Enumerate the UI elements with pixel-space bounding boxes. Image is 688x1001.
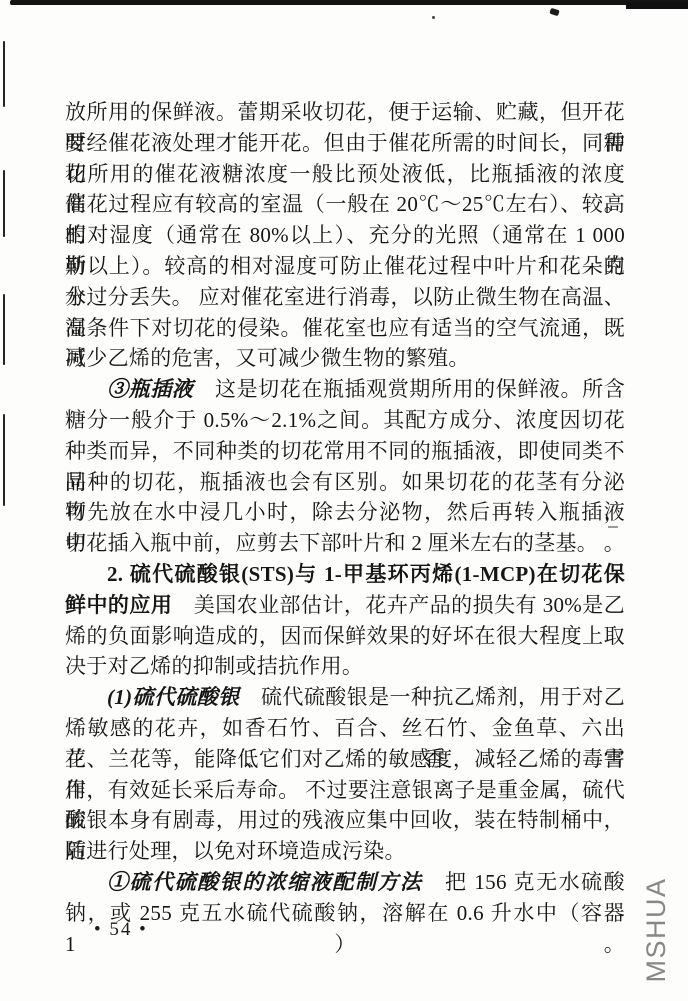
text-line: 湿条件下对切花的侵染。催花室也应有适当的空气流通，既可 xyxy=(65,313,625,344)
text-segment: 这是切花在瓶插观赏期所用的保鲜液。所含 xyxy=(193,377,625,401)
text-line: 2. 硫代硫酸银(STS)与 1-甲基环丙烯(1-MCP)在切花保 xyxy=(65,559,625,590)
text-line: 花所用的催花液糖浓度一般比预处液低，比瓶插液的浓度高。 xyxy=(65,159,625,190)
text-segment: ③瓶插液 xyxy=(107,377,193,401)
text-segment: ①硫代硫酸银的浓缩液配制方法 xyxy=(107,870,423,894)
ink-speck-blob xyxy=(549,8,559,16)
text-segment: 钠，或 255 克五水硫代硫酸钠，溶解在 0.6 升水中（容器 1）。 xyxy=(65,901,625,956)
text-line: 减少乙烯的危害，又可减少微生物的繁殖。 xyxy=(65,343,625,374)
text-segment: 减少乙烯的危害，又可减少微生物的繁殖。 xyxy=(65,346,470,370)
text-line: (1)硫代硫酸银 硫代硫酸银是一种抗乙烯剂，用于对乙 xyxy=(65,682,625,713)
text-line: 决于对乙烯的抑制或拮抗作用。 xyxy=(65,651,625,682)
text-line: 用，有效延长采后寿命。 不过要注意银离子是重金属，硫代硫 xyxy=(65,775,625,806)
page-number: • 54 • xyxy=(94,919,148,941)
text-segment: (1)硫代硫酸银 xyxy=(107,685,240,709)
top-edge-scan-line xyxy=(10,0,688,5)
mshua-watermark: MSHUA xyxy=(641,860,671,1000)
text-segment: 决于对乙烯的抑制或拮抗作用。 xyxy=(65,654,363,678)
text-line: 后进行处理，以免对环境造成污染。 xyxy=(65,836,625,867)
text-segment: 硫代硫酸银是一种抗乙烯剂，用于对乙 xyxy=(240,685,625,709)
text-line: 种类而异，不同种类的切花常用不同的瓶插液，即使同类不同 xyxy=(65,436,625,467)
text-line: ③瓶插液 这是切花在瓶插观赏期所用的保鲜液。所含 xyxy=(65,374,625,405)
text-line: 催花过程应有较高的室温（一般在 20℃～25℃左右）、较高的 xyxy=(65,189,625,220)
text-segment: 烯的负面影响造成的，因而保鲜效果的好坏在很大程度上取 xyxy=(65,624,625,648)
left-edge-scan-line-segment-1 xyxy=(3,41,5,107)
text-line: 品种的切花，瓶插液也会有区别。如果切花的花茎有分泌物， xyxy=(65,467,625,498)
text-line: 要经催花液处理才能开花。但由于催花所需的时间长，同种切 xyxy=(65,128,625,159)
text-line: 糖分一般介于 0.5%～2.1%之间。其配方成分、浓度因切花 xyxy=(65,405,625,436)
left-edge-scan-line-segment-4 xyxy=(3,414,5,506)
left-edge-scan-line-segment-3 xyxy=(3,294,5,365)
text-segment: 2. 硫代硫酸银(STS)与 1-甲基环丙烯(1-MCP)在切花保 xyxy=(107,562,625,586)
scanned-book-page: 放所用的保鲜液。蕾期采收切花，便于运输、贮藏，但开花时需要经催花液处理才能开花。… xyxy=(0,0,688,1001)
text-line: 放所用的保鲜液。蕾期采收切花，便于运输、贮藏，但开花时需 xyxy=(65,97,625,128)
text-line: 酸银本身有剧毒，用过的残液应集中回收，装在特制桶中，随 xyxy=(65,805,625,836)
text-line: 斯以上）。较高的相对湿度可防止催花过程中叶片和花朵的水 xyxy=(65,251,625,282)
text-line: 分过分丢失。 应对催花室进行消毒，以防止微生物在高温、高 xyxy=(65,282,625,313)
top-edge-scan-line-thick-end xyxy=(626,2,688,9)
text-segment: 美国农业部估计，花卉产品的损失有 30%是乙 xyxy=(172,593,625,617)
text-segment: 糖分一般介于 0.5%～2.1%之间。其配方成分、浓度因切花 xyxy=(65,408,625,432)
text-line: 切花插入瓶中前，应剪去下部叶片和 2 厘米左右的茎基。 xyxy=(65,528,625,559)
left-edge-scan-line-segment-2 xyxy=(3,170,5,237)
text-line: 兰、兰花等，能降低它们对乙烯的敏感度，减轻乙烯的毒害作 xyxy=(65,744,625,775)
text-segment: 把 156 克无水硫酸 xyxy=(423,870,626,894)
text-line: 烯敏感的花卉，如香石竹、百合、丝石竹、金鱼草、六出花、香雪 xyxy=(65,713,625,744)
ink-speck-dot xyxy=(432,16,435,19)
text-line: ①硫代硫酸银的浓缩液配制方法 把 156 克无水硫酸 xyxy=(65,867,625,898)
body-text-block: 放所用的保鲜液。蕾期采收切花，便于运输、贮藏，但开花时需要经催花液处理才能开花。… xyxy=(65,97,625,929)
text-segment: 后进行处理，以免对环境造成污染。 xyxy=(65,839,406,863)
text-segment: 切花插入瓶中前，应剪去下部叶片和 2 厘米左右的茎基。 xyxy=(65,531,598,555)
text-line: 烯的负面影响造成的，因而保鲜效果的好坏在很大程度上取 xyxy=(65,621,625,652)
text-line: 可先放在水中浸几小时，除去分泌物，然后再转入瓶插液中。 xyxy=(65,497,625,528)
text-line: 鲜中的应用 美国农业部估计，花卉产品的损失有 30%是乙 xyxy=(65,590,625,621)
text-segment: 鲜中的应用 xyxy=(65,593,172,617)
text-line: 相对湿度（通常在 80%以上）、充分的光照（通常在 1 000 勒克 xyxy=(65,220,625,251)
text-line: 钠，或 255 克五水硫代硫酸钠，溶解在 0.6 升水中（容器 1）。 xyxy=(65,898,625,929)
